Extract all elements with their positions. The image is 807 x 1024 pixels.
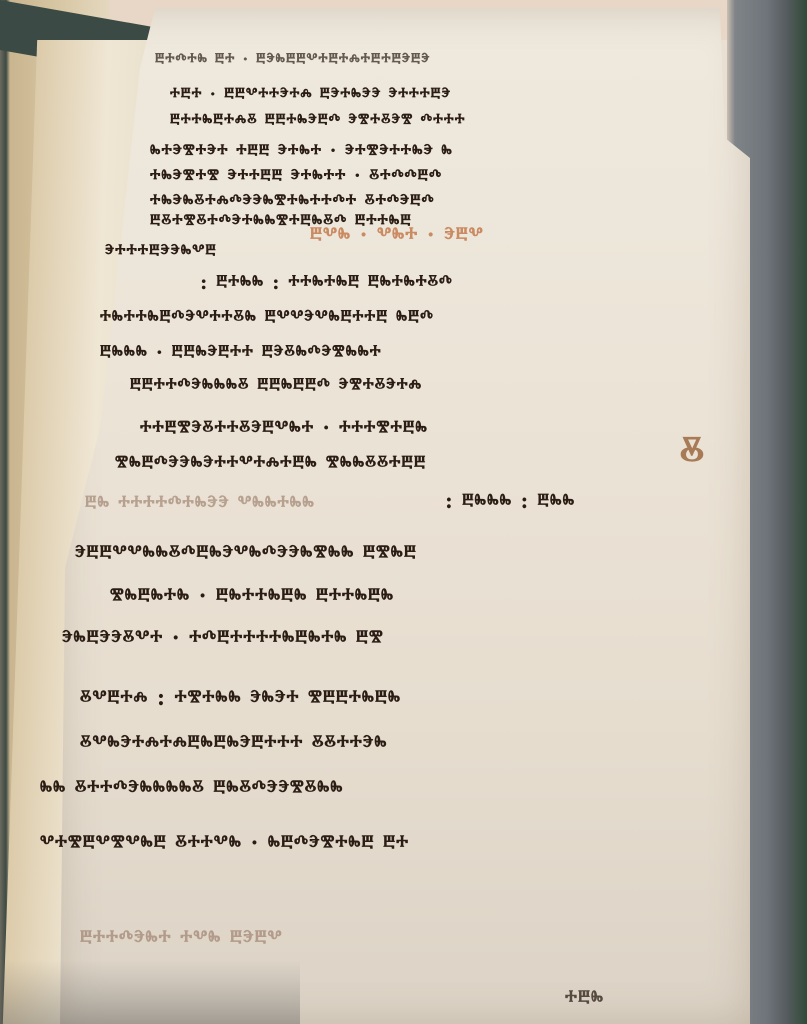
text-line: ⰻⰲⰸⰵⰰⰾⰰⰾⰱⰸⰱⰸⰵⰱⰰⰰⰰ ⰻⰻⰰⰰⰵⰸ <box>80 730 387 756</box>
text-line: ⰸⰸ ⰻⰰⰰⰴⰵⰸⰸⰸⰸⰻ ⰱⰸⰻⰴⰵⰵⰺⰻⰸⰸ <box>40 775 343 801</box>
text-line: ⰲⰰⰺⰱⰲⰺⰲⰸⰱ ⰻⰰⰰⰲⰸ · ⰸⰱⰴⰵⰺⰰⰸⰱ ⰱⰰ <box>40 830 409 856</box>
text-line: : ⰱⰸⰸⰸ : ⰱⰸⰸ <box>445 488 575 514</box>
text-line: ⰵⰱⰱⰲⰲⰸⰸⰻⰴⰱⰸⰵⰲⰸⰴⰵⰵⰸⰺⰸⰸ ⰱⰺⰸⰱ <box>75 540 417 566</box>
text-line: ⰰⰸⰵⰺⰰⰺ ⰵⰰⰰⰱⰱ ⰵⰰⰸⰰⰰ · ⰻⰰⰴⰴⰱⰴ <box>150 165 442 187</box>
rubric-line: ⰱⰲⰸ · ⰲⰸⰰ · ⰵⰱⰲ <box>310 222 484 248</box>
margin-numeral: ⰻ <box>680 425 704 481</box>
text-line: ⰱⰸⰸⰸ · ⰱⰱⰸⰵⰱⰰⰰ ⰱⰵⰻⰸⰴⰵⰺⰸⰸⰰ <box>100 340 382 364</box>
text-line: ⰵⰰⰰⰰⰱⰵⰵⰸⰲⰱ <box>105 240 217 262</box>
text-line: ⰰⰱⰰ · ⰱⰱⰲⰰⰰⰵⰰⰾ ⰱⰵⰰⰸⰵⰵ ⰵⰰⰰⰰⰱⰵ <box>170 84 451 105</box>
text-line: ⰰⰸⰰⰰⰸⰱⰴⰵⰲⰰⰰⰻⰸ ⰱⰲⰲⰵⰲⰸⰱⰰⰰⰱ ⰸⰱⰴ <box>100 305 434 329</box>
text-line: ⰺⰸⰱⰸⰰⰸ · ⰱⰸⰰⰰⰸⰱⰸ ⰱⰰⰰⰸⰱⰸ <box>110 583 394 609</box>
text-line: : ⰱⰰⰸⰸ : ⰰⰰⰸⰰⰸⰱ ⰱⰸⰰⰸⰰⰻⰴ <box>200 270 453 294</box>
text-line: ⰺⰸⰱⰴⰵⰵⰸⰵⰰⰰⰲⰰⰾⰰⰱⰸ ⰺⰸⰸⰻⰻⰰⰱⰱ <box>115 450 426 476</box>
text-line: ⰻⰲⰱⰰⰾ : ⰰⰺⰰⰸⰸ ⰵⰸⰵⰰ ⰺⰱⰱⰰⰸⰱⰸ <box>80 685 401 711</box>
text-line: ⰱⰰⰰⰸⰱⰰⰾⰻ ⰱⰱⰰⰸⰵⰱⰴ ⰵⰺⰰⰻⰵⰺ ⰴⰰⰰⰰ <box>170 110 466 131</box>
faded-rubric-line: ⰱⰰⰰⰴⰵⰸⰰ ⰰⰲⰸ ⰱⰵⰱⰲ <box>80 925 283 951</box>
text-line: ⰵⰸⰱⰵⰵⰻⰲⰰ · ⰰⰴⰱⰰⰰⰰⰰⰸⰱⰸⰰⰸ ⰱⰺ <box>62 625 384 651</box>
text-line: ⰰⰰⰱⰺⰵⰻⰰⰰⰻⰵⰱⰲⰸⰰ · ⰰⰰⰰⰺⰰⰱⰸ <box>140 415 428 441</box>
text-line: ⰰⰱⰸ <box>565 985 604 1011</box>
shadow <box>0 960 300 1024</box>
text-line: ⰸⰰⰵⰺⰰⰵⰰ ⰰⰱⰱ ⰵⰰⰸⰰ · ⰵⰰⰺⰵⰰⰰⰸⰵ ⰸ <box>150 140 453 162</box>
text-line: ⰰⰸⰵⰸⰻⰰⰾⰴⰵⰵⰸⰺⰰⰸⰰⰰⰴⰰ ⰻⰰⰴⰵⰱⰴ <box>150 190 435 212</box>
faded-rubric-line: ⰱⰸ ⰰⰰⰰⰰⰴⰰⰸⰵⰵ ⰲⰸⰸⰰⰸⰸ <box>85 490 315 516</box>
text-line: ⰱⰰⰴⰰⰸ ⰱⰰ · ⰱⰵⰸⰱⰱⰲⰰⰱⰰⰾⰰⰱⰰⰱⰵⰱⰵ <box>155 50 430 70</box>
text-line: ⰱⰱⰰⰰⰴⰵⰸⰸⰸⰻ ⰱⰱⰸⰱⰱⰴ ⰵⰺⰰⰻⰵⰰⰾ <box>130 373 422 397</box>
